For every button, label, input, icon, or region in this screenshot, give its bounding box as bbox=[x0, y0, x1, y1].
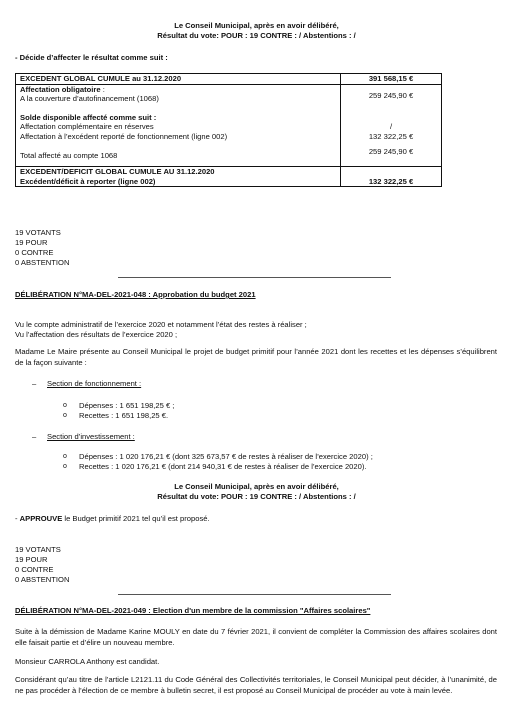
tally-votants-1: 19 VOTANTS bbox=[15, 228, 61, 238]
tally-pour-1: 19 POUR bbox=[15, 238, 48, 248]
total-1068-value: 259 245,90 € bbox=[345, 147, 437, 157]
tally-pour-2: 19 POUR bbox=[15, 555, 48, 565]
circle-bullet: o bbox=[63, 452, 67, 462]
fonctionnement-depenses: Dépenses : 1 651 198,25 € ; bbox=[79, 401, 174, 411]
separator-line bbox=[118, 277, 391, 278]
vu-affectation: Vu l’affectation des résultats de l’exer… bbox=[15, 330, 177, 340]
final-label: EXCEDENT/DEFICIT GLOBAL CUMULE AU 31.12.… bbox=[16, 167, 341, 187]
vote-intro-2: Le Conseil Municipal, après en avoir dél… bbox=[0, 482, 513, 492]
vu-compte-administratif: Vu le compte administratif de l’exercice… bbox=[15, 320, 307, 330]
excedent-global-label: EXCEDENT GLOBAL CUMULE au 31.12.2020 bbox=[16, 74, 341, 85]
circle-bullet: o bbox=[63, 401, 67, 411]
deliberation-049-title: DÉLIBÉRATION N°MA-DEL-2021-049 : Electio… bbox=[15, 606, 370, 616]
dash-bullet: – bbox=[32, 379, 36, 389]
table-row: EXCEDENT/DEFICIT GLOBAL CUMULE AU 31.12.… bbox=[16, 167, 442, 187]
table-row: EXCEDENT GLOBAL CUMULE au 31.12.2020 391… bbox=[16, 74, 442, 85]
excedent-reporte-value: 132 322,25 € bbox=[345, 132, 437, 142]
result-allocation-table: EXCEDENT GLOBAL CUMULE au 31.12.2020 391… bbox=[15, 73, 442, 187]
separator-line bbox=[118, 594, 391, 595]
reserves-label: Affectation complémentaire en réserves bbox=[20, 122, 336, 132]
couverture-label: A la couverture d’autofinancement (1068) bbox=[20, 94, 336, 104]
decision-approuve: - APPROUVE le Budget primitif 2021 tel q… bbox=[15, 514, 210, 524]
circle-bullet: o bbox=[63, 411, 67, 421]
section-investissement-title: Section d’investissement : bbox=[47, 432, 135, 442]
tally-abstention-1: 0 ABSTENTION bbox=[15, 258, 69, 268]
excedent-reporte-label: Affectation à l’excédent reporté de fonc… bbox=[20, 132, 336, 142]
couverture-value: 259 245,90 € bbox=[345, 91, 437, 101]
reserves-value: / bbox=[345, 122, 437, 132]
approuve-keyword: APPROUVE bbox=[20, 514, 63, 523]
tally-contre-2: 0 CONTRE bbox=[15, 565, 53, 575]
tally-votants-2: 19 VOTANTS bbox=[15, 545, 61, 555]
affectation-obligatoire-title: Affectation obligatoire bbox=[20, 85, 101, 94]
considerant-paragraph: Considérant qu’au titre de l’article L21… bbox=[15, 675, 497, 696]
demission-paragraph: Suite à la démission de Madame Karine MO… bbox=[15, 627, 497, 648]
tally-contre-1: 0 CONTRE bbox=[15, 248, 53, 258]
vote-result-2: Résultat du vote: POUR : 19 CONTRE : / A… bbox=[0, 492, 513, 502]
vote-result-1: Résultat du vote: POUR : 19 CONTRE : / A… bbox=[0, 31, 513, 41]
decision-affectation: - Décide d’affecter le résultat comme su… bbox=[15, 53, 168, 63]
affectation-details: Affectation obligatoire : A la couvertur… bbox=[16, 84, 341, 167]
table-row: Affectation obligatoire : A la couvertur… bbox=[16, 84, 442, 167]
affectation-values: 259 245,90 € / 132 322,25 € 259 245,90 € bbox=[341, 84, 442, 167]
circle-bullet: o bbox=[63, 462, 67, 472]
solde-title: Solde disponible affecté comme suit : bbox=[20, 113, 336, 123]
deliberation-048-title: DÉLIBÉRATION N°MA-DEL-2021-048 : Approba… bbox=[15, 290, 256, 300]
final-value: 132 322,25 € bbox=[341, 167, 442, 187]
investissement-recettes: Recettes : 1 020 176,21 € (dont 214 940,… bbox=[79, 462, 366, 472]
fonctionnement-recettes: Recettes : 1 651 198,25 €. bbox=[79, 411, 168, 421]
investissement-depenses: Dépenses : 1 020 176,21 € (dont 325 673,… bbox=[79, 452, 373, 462]
vote-intro-1: Le Conseil Municipal, après en avoir dél… bbox=[0, 21, 513, 31]
total-1068-label: Total affecté au compte 1068 bbox=[20, 151, 336, 161]
excedent-global-value: 391 568,15 € bbox=[341, 74, 442, 85]
tally-abstention-2: 0 ABSTENTION bbox=[15, 575, 69, 585]
budget-intro: Madame Le Maire présente au Conseil Muni… bbox=[15, 347, 497, 368]
candidat-paragraph: Monsieur CARROLA Anthony est candidat. bbox=[15, 657, 159, 667]
section-fonctionnement-title: Section de fonctionnement : bbox=[47, 379, 141, 389]
dash-bullet: – bbox=[32, 432, 36, 442]
